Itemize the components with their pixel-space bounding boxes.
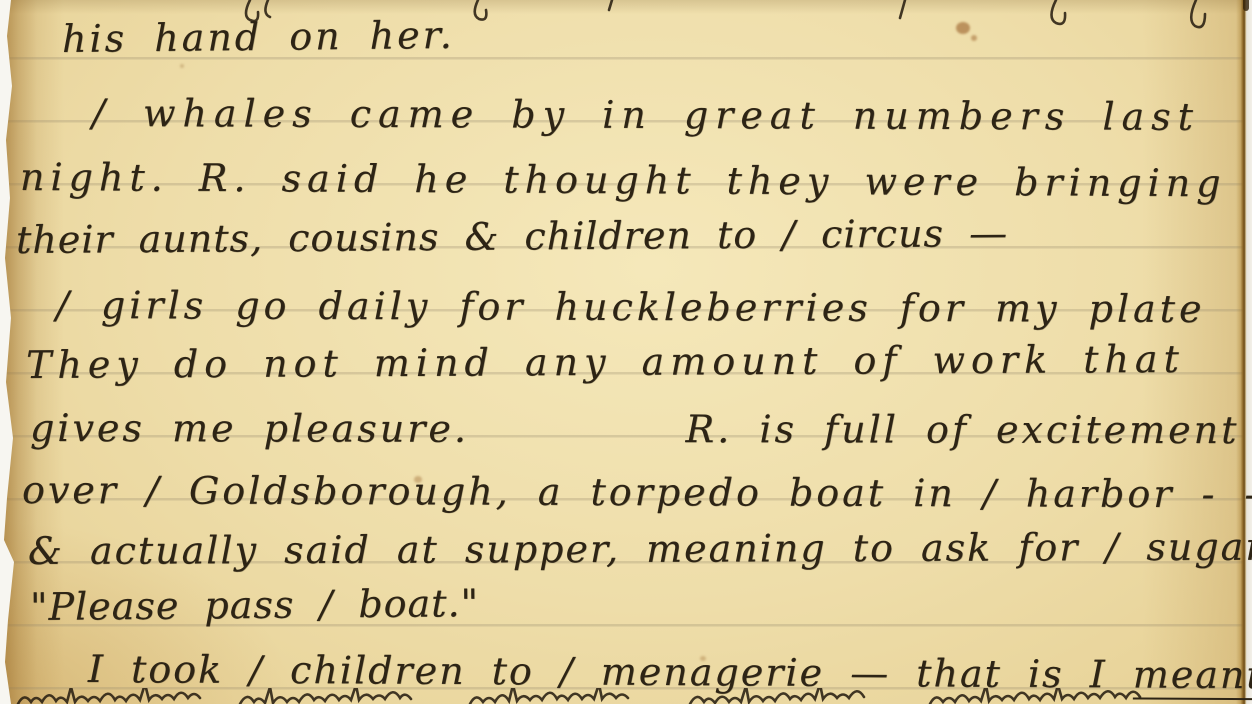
handwriting-lines: his hand on her./ whales came by in grea… xyxy=(0,0,1252,704)
handwriting-line: night. R. said he thought they were brin… xyxy=(20,158,1227,202)
handwriting-line: "Please pass / boat." xyxy=(30,584,479,626)
handwriting-line: & actually said at supper, meaning to as… xyxy=(28,528,1252,570)
handwriting-line: They do not mind any amount of work that xyxy=(26,340,1185,384)
handwriting-line: his hand on her. xyxy=(62,16,455,58)
manuscript-page: his hand on her./ whales came by in grea… xyxy=(0,0,1252,704)
handwriting-line: I took / children to / menagerie — that … xyxy=(88,650,1252,694)
handwriting-line: gives me pleasure. R. is full of excitem… xyxy=(30,409,1239,449)
handwriting-line: / whales came by in great numbers last xyxy=(92,94,1200,136)
handwriting-line: / girls go daily for huckleberries for m… xyxy=(56,286,1206,328)
handwriting-line: over / Goldsborough, a torpedo boat in /… xyxy=(22,471,1252,513)
handwriting-line: their aunts, cousins & children to / cir… xyxy=(16,214,1008,259)
